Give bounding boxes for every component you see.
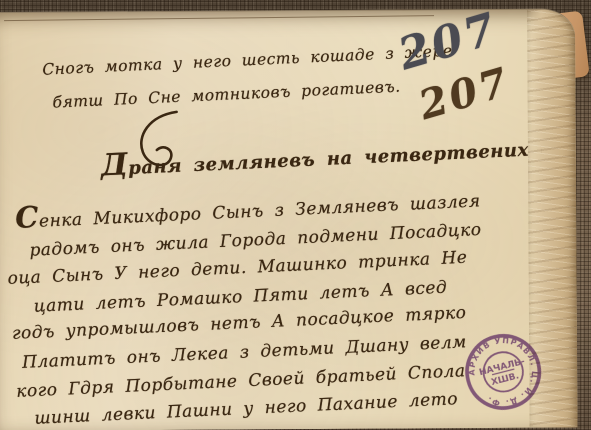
handwriting-line: Сногъ мотка у него шесть кошаде з жере	[42, 42, 453, 79]
manuscript-photo: Сногъ мотка у него шесть кошаде з жере б…	[0, 0, 591, 430]
manuscript-page: Сногъ мотка у него шесть кошаде з жере б…	[0, 8, 578, 430]
page-top-rule	[4, 15, 434, 21]
handwriting-line: бятш По Сне мотниковъ рогатиевъ.	[52, 78, 401, 112]
